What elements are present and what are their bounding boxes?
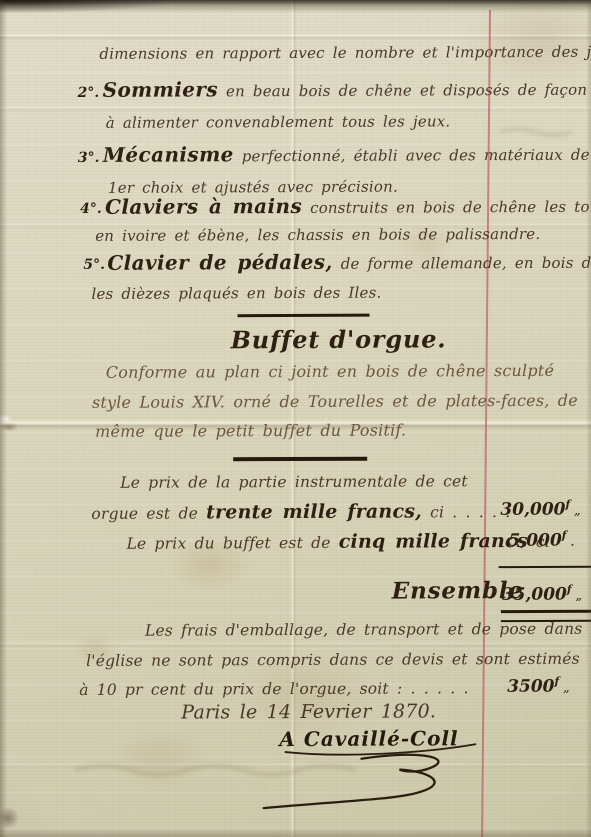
manuscript-page: dimensions en rapport avec le nombre et …: [0, 0, 591, 837]
signature-flourish: [0, 0, 591, 837]
edge-shadow-top-left: [0, 0, 240, 18]
edge-shadow-bottom: [0, 828, 591, 837]
ink-layer: dimensions en rapport avec le nombre et …: [0, 0, 591, 837]
edge-shadow-right: [586, 0, 591, 837]
edge-shadow-left: [0, 0, 7, 837]
